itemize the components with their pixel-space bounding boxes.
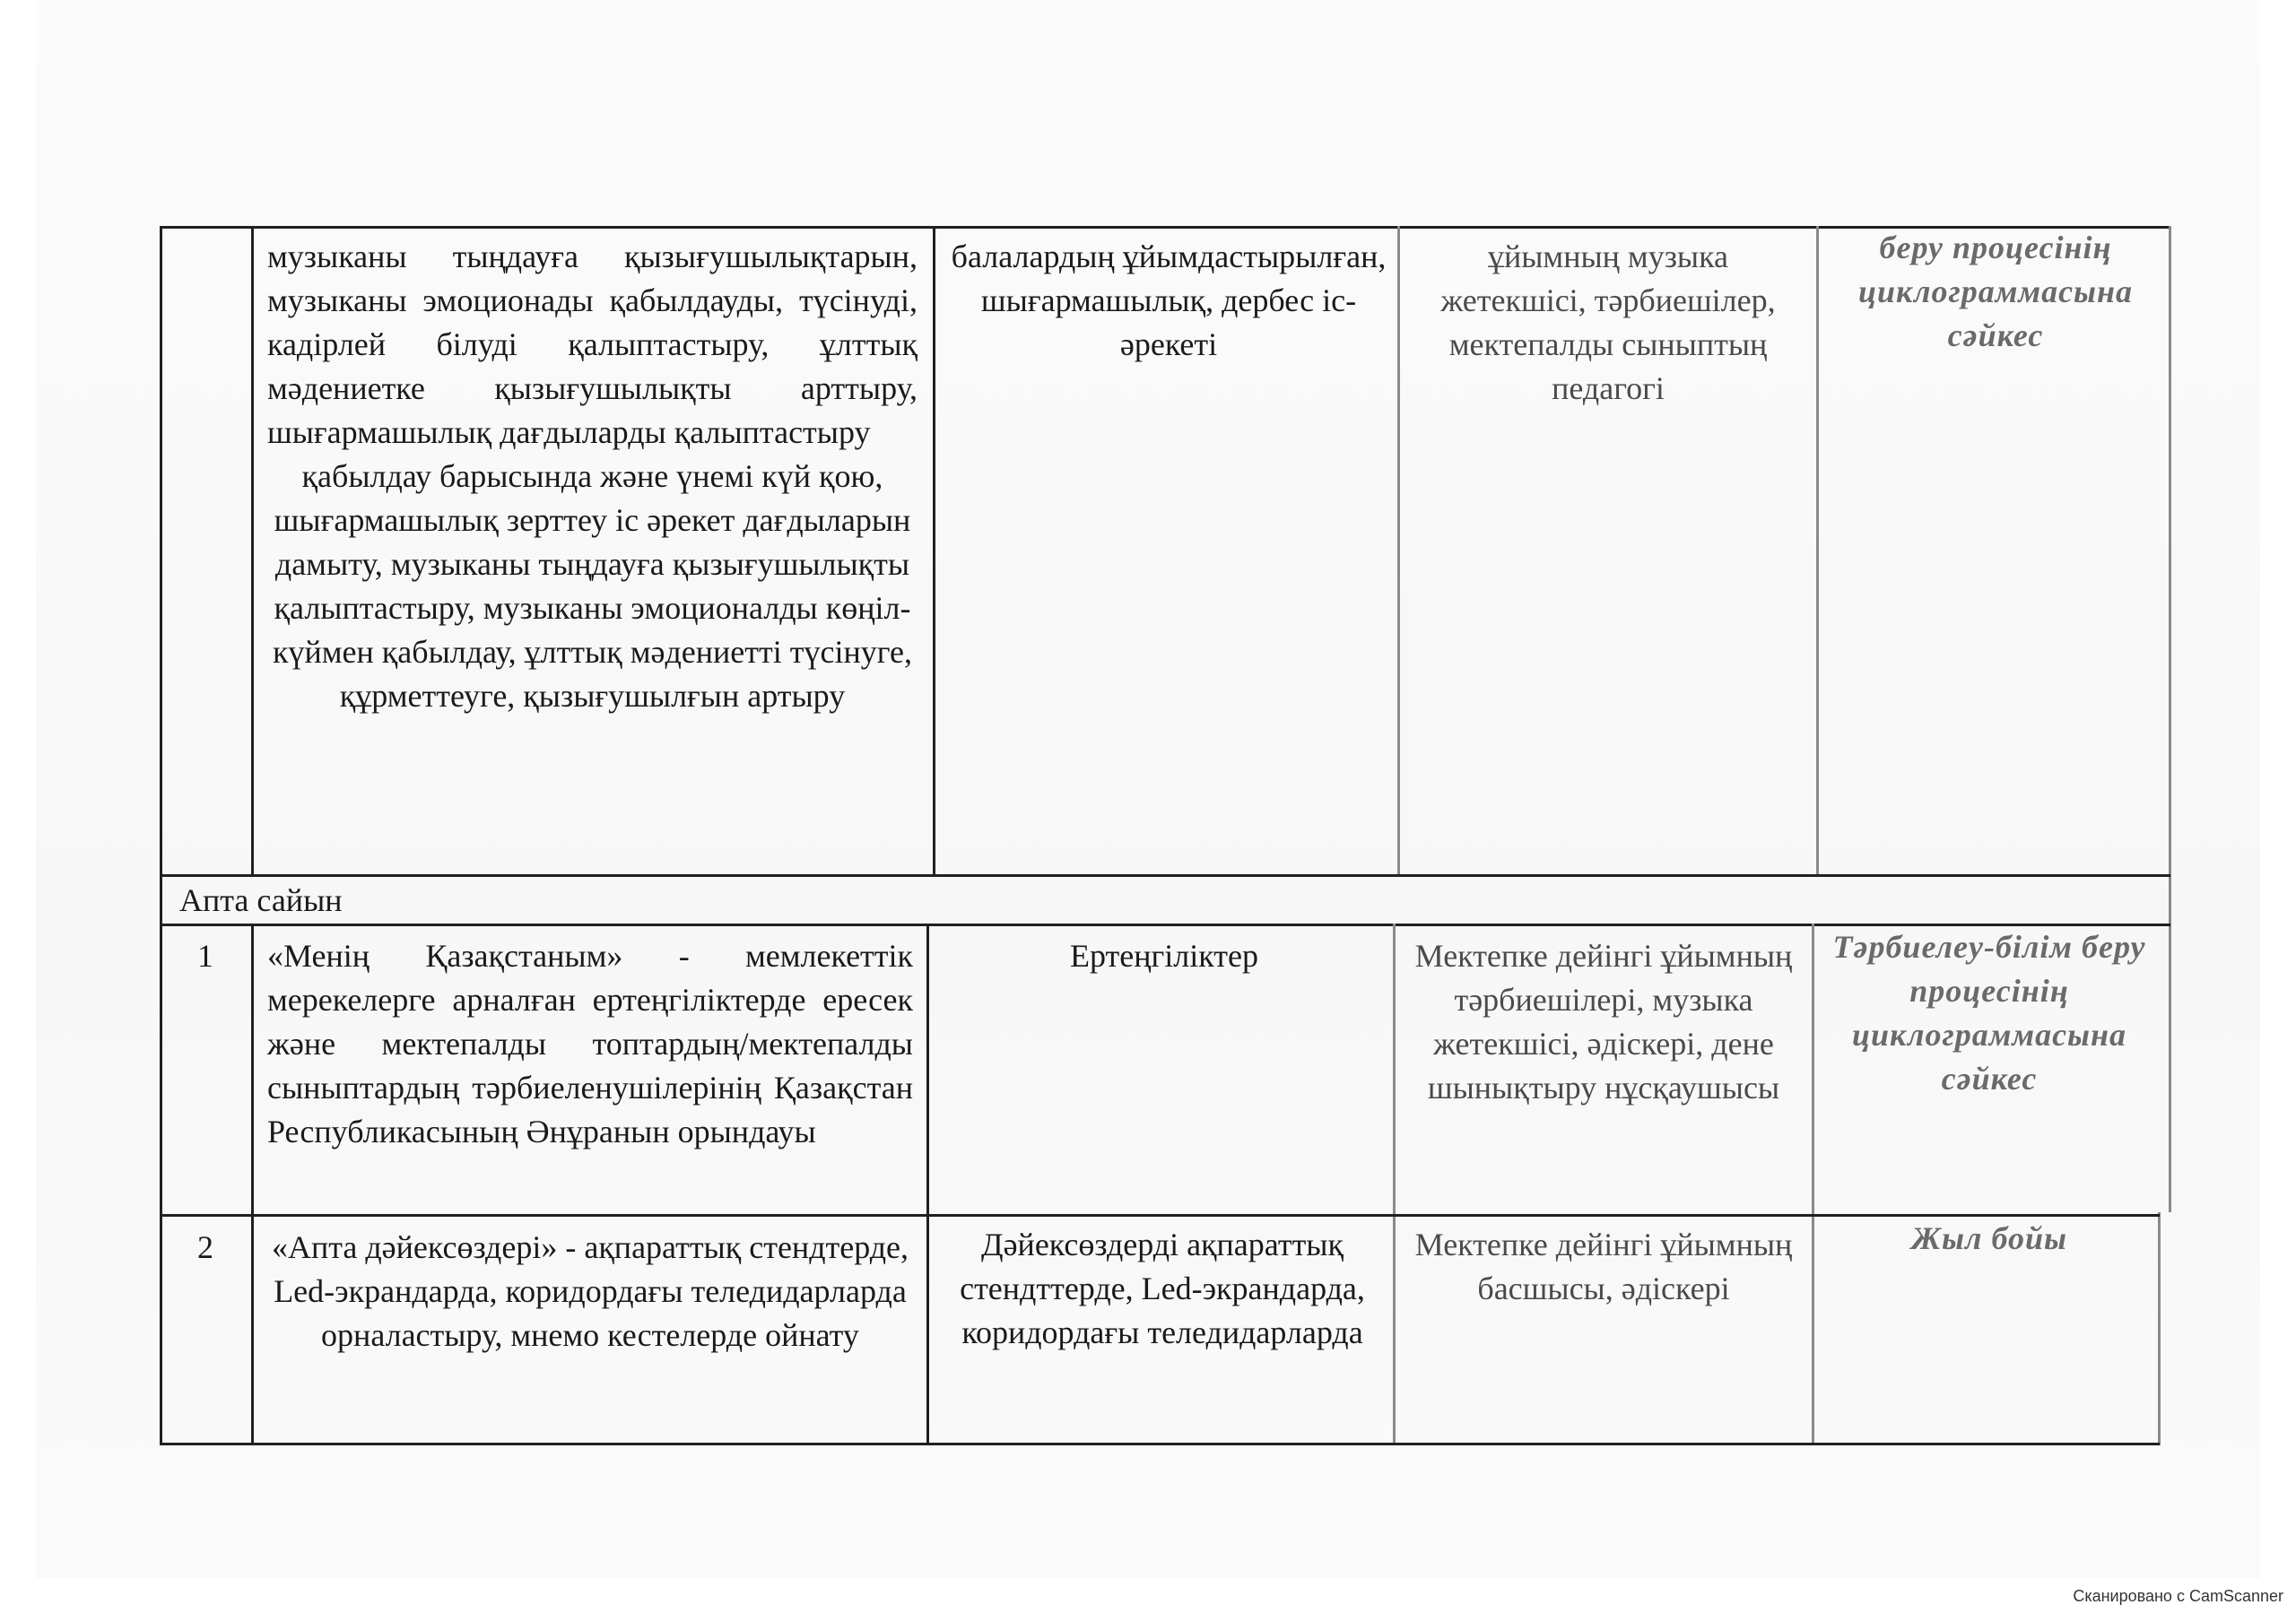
continuation-timing-cell: беру процесінің циклограммасына сәйкес (1830, 226, 2161, 358)
row-2-responsible: Мектепке дейінгі ұйымның басшысы, әдіске… (1406, 1223, 1801, 1311)
col-sep-3-lower (1393, 924, 1396, 1445)
col-sep-2-upper (933, 226, 935, 874)
row-1-form: Ертеңгіліктер (944, 934, 1384, 978)
plan-table: музыканы тыңдауға қызығушылықтарын, музы… (160, 226, 2170, 1445)
row-2-timing: Жыл бойы (1828, 1217, 2151, 1261)
section-top-line (160, 874, 2170, 877)
continuation-form-cell: балалардың ұйымдастырылған, шығармашылық… (949, 235, 1388, 367)
continuation-responsible-cell: ұйымның музыка жетекшісі, тәрбиешілер, м… (1415, 235, 1801, 411)
section-header-weekly: Апта сайын (179, 879, 897, 923)
continuation-content-cell: музыканы тыңдауға қызығушылықтарын, музы… (267, 235, 918, 718)
content-paragraph-2: қабылдау барысында және үнемі күй қою, ш… (267, 455, 918, 718)
row-1-number: 1 (160, 934, 251, 978)
col-sep-2-lower (926, 924, 929, 1445)
row-1-timing: Тәрбиелеу-білім беру процесінің циклогра… (1828, 925, 2151, 1101)
col-sep-4-upper (1816, 226, 1819, 874)
content-paragraph-1: музыканы тыңдауға қызығушылықтарын, музы… (267, 235, 918, 455)
col-sep-1-lower (251, 924, 254, 1445)
table-bottom-border (160, 1443, 2160, 1445)
row-1-responsible: Мектепке дейінгі ұйымның тәрбиешілері, м… (1406, 934, 1801, 1110)
col-sep-1-upper (251, 226, 254, 874)
camscanner-watermark: Сканировано с CamScanner (2073, 1587, 2283, 1606)
col-sep-3-upper (1397, 226, 1400, 874)
col-sep-4-lower (1812, 924, 1814, 1445)
row-2-number: 2 (160, 1226, 251, 1270)
row-2-content: «Апта дәйексөздері» - ақпараттық стендте… (267, 1226, 913, 1357)
table-right-border (2169, 226, 2171, 1212)
table-right-border-lower (2158, 1212, 2161, 1445)
row-2-form: Дәйексөздерді ақпараттық стендттерде, Le… (938, 1223, 1387, 1355)
row-1-content: «Менің Қазақстаным» - мемлекеттік мереке… (267, 934, 913, 1154)
